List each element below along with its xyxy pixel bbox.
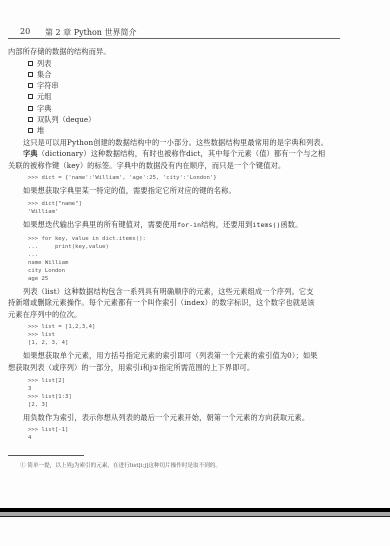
checkbox-bullet-icon — [28, 128, 33, 133]
header-rule — [8, 38, 340, 39]
paragraph: 如果想获取字典里某一特定的值，需要指定它所对应的键的名称。 — [8, 185, 342, 197]
checkbox-bullet-icon — [28, 94, 33, 99]
paragraph: 这只是可以用Python创建的数据结构中的一小部分。这些数据结构里最常用的是字典… — [8, 137, 342, 149]
paragraph: 元素在序列中的位次。 — [8, 309, 342, 321]
paragraph-text: 如果想迭代输出字典里的所有键值对，需要使用 — [23, 220, 177, 229]
checkbox-bullet-icon — [28, 83, 33, 88]
footnote-rule — [8, 455, 84, 456]
inline-code: items() — [252, 221, 280, 229]
book-page: 20 第 2 章 Python 世界简介 内部所存储的数据的结构而异。 列表 集… — [0, 0, 390, 546]
paragraph: 列表（list）这种数据结构包含一系列具有明确顺序的元素，这些元素组成一个序列。… — [8, 286, 342, 298]
list-item: 元组 — [8, 91, 342, 102]
checkbox-bullet-icon — [28, 72, 33, 77]
list-item-label: 字符串 — [37, 81, 59, 90]
checkbox-bullet-icon — [28, 106, 33, 111]
page-bottom-line — [0, 516, 390, 517]
list-item-label: 双队列（deque） — [37, 115, 95, 124]
list-item: 堆 — [8, 125, 342, 136]
list-item: 字符串 — [8, 80, 342, 91]
list-item-label: 列表 — [37, 59, 51, 68]
bold-term: 字典 — [23, 149, 38, 158]
code-block: >>> list[2] 3 >>> list[1:3] [2, 3] — [8, 377, 342, 409]
paragraph: 持新增或删除元素操作。每个元素都有一个叫作索引（index）的数字标识，这个数字… — [8, 297, 342, 309]
code-block: >>> for key, value in dict.items(): ... … — [8, 235, 342, 283]
list-item: 列表 — [8, 58, 342, 69]
data-structure-list: 列表 集合 字符串 元组 字典 双队列（deque） 堆 — [8, 58, 342, 137]
paragraph: 想获取列表（或序列）的一部分，用索引i和j①指定所需范围的上下界即可。 — [8, 362, 342, 374]
paragraph: 如果想获取单个元素，用方括号指定元素的索引即可（列表第一个元素的索引值为0）；如… — [8, 350, 342, 362]
paragraph-text: 结构，还要用到 — [201, 220, 252, 229]
list-item-label: 元组 — [37, 92, 51, 101]
footnote: ① 简单一提，以上界j为索引的元素，在进行list[i:j]这种切片操作时是取不… — [20, 461, 221, 469]
paragraph-text: 函数。 — [280, 220, 302, 229]
list-item: 字典 — [8, 103, 342, 114]
list-item: 双队列（deque） — [8, 114, 342, 125]
paragraph: 如果想迭代输出字典里的所有键值对，需要使用for-in结构，还要用到items(… — [8, 219, 342, 232]
list-item: 集合 — [8, 69, 342, 80]
list-item-label: 字典 — [37, 104, 51, 113]
inline-code: for-in — [177, 221, 201, 229]
paragraph: 用负数作为索引，表示你想从列表的最后一个元素开始，朝第一个元素的方向获取元素。 — [8, 412, 342, 424]
paragraph: 字典（dictionary）这种数据结构，有时也被称作dict，其中每个元素（值… — [8, 148, 342, 160]
checkbox-bullet-icon — [28, 117, 33, 122]
intro-text: 内部所存储的数据的结构而异。 — [8, 46, 342, 58]
code-block: >>> dict = {'name':'William', 'age':25, … — [8, 174, 342, 182]
code-block: >>> list[-1] 4 — [8, 426, 342, 442]
page-number: 20 — [20, 27, 30, 36]
list-item-label: 堆 — [37, 126, 44, 135]
code-block: >>> list = [1,2,3,4] >>> list [1, 2, 3, … — [8, 323, 342, 347]
list-item-label: 集合 — [37, 70, 51, 79]
code-block: >>> dict["name"] 'William' — [8, 200, 342, 216]
chapter-title: 第 2 章 Python 世界简介 — [45, 27, 137, 38]
page-body: 内部所存储的数据的结构而异。 列表 集合 字符串 元组 字典 双队列（deque… — [8, 46, 342, 445]
paragraph-text: （dictionary）这种数据结构，有时也被称作dict，其中每个元素（值）都… — [38, 149, 326, 158]
checkbox-bullet-icon — [28, 61, 33, 66]
paragraph: 关联的被称作键（key）的标签。字典中的数据没有内在顺序，而只是一个个键值对。 — [8, 160, 342, 172]
